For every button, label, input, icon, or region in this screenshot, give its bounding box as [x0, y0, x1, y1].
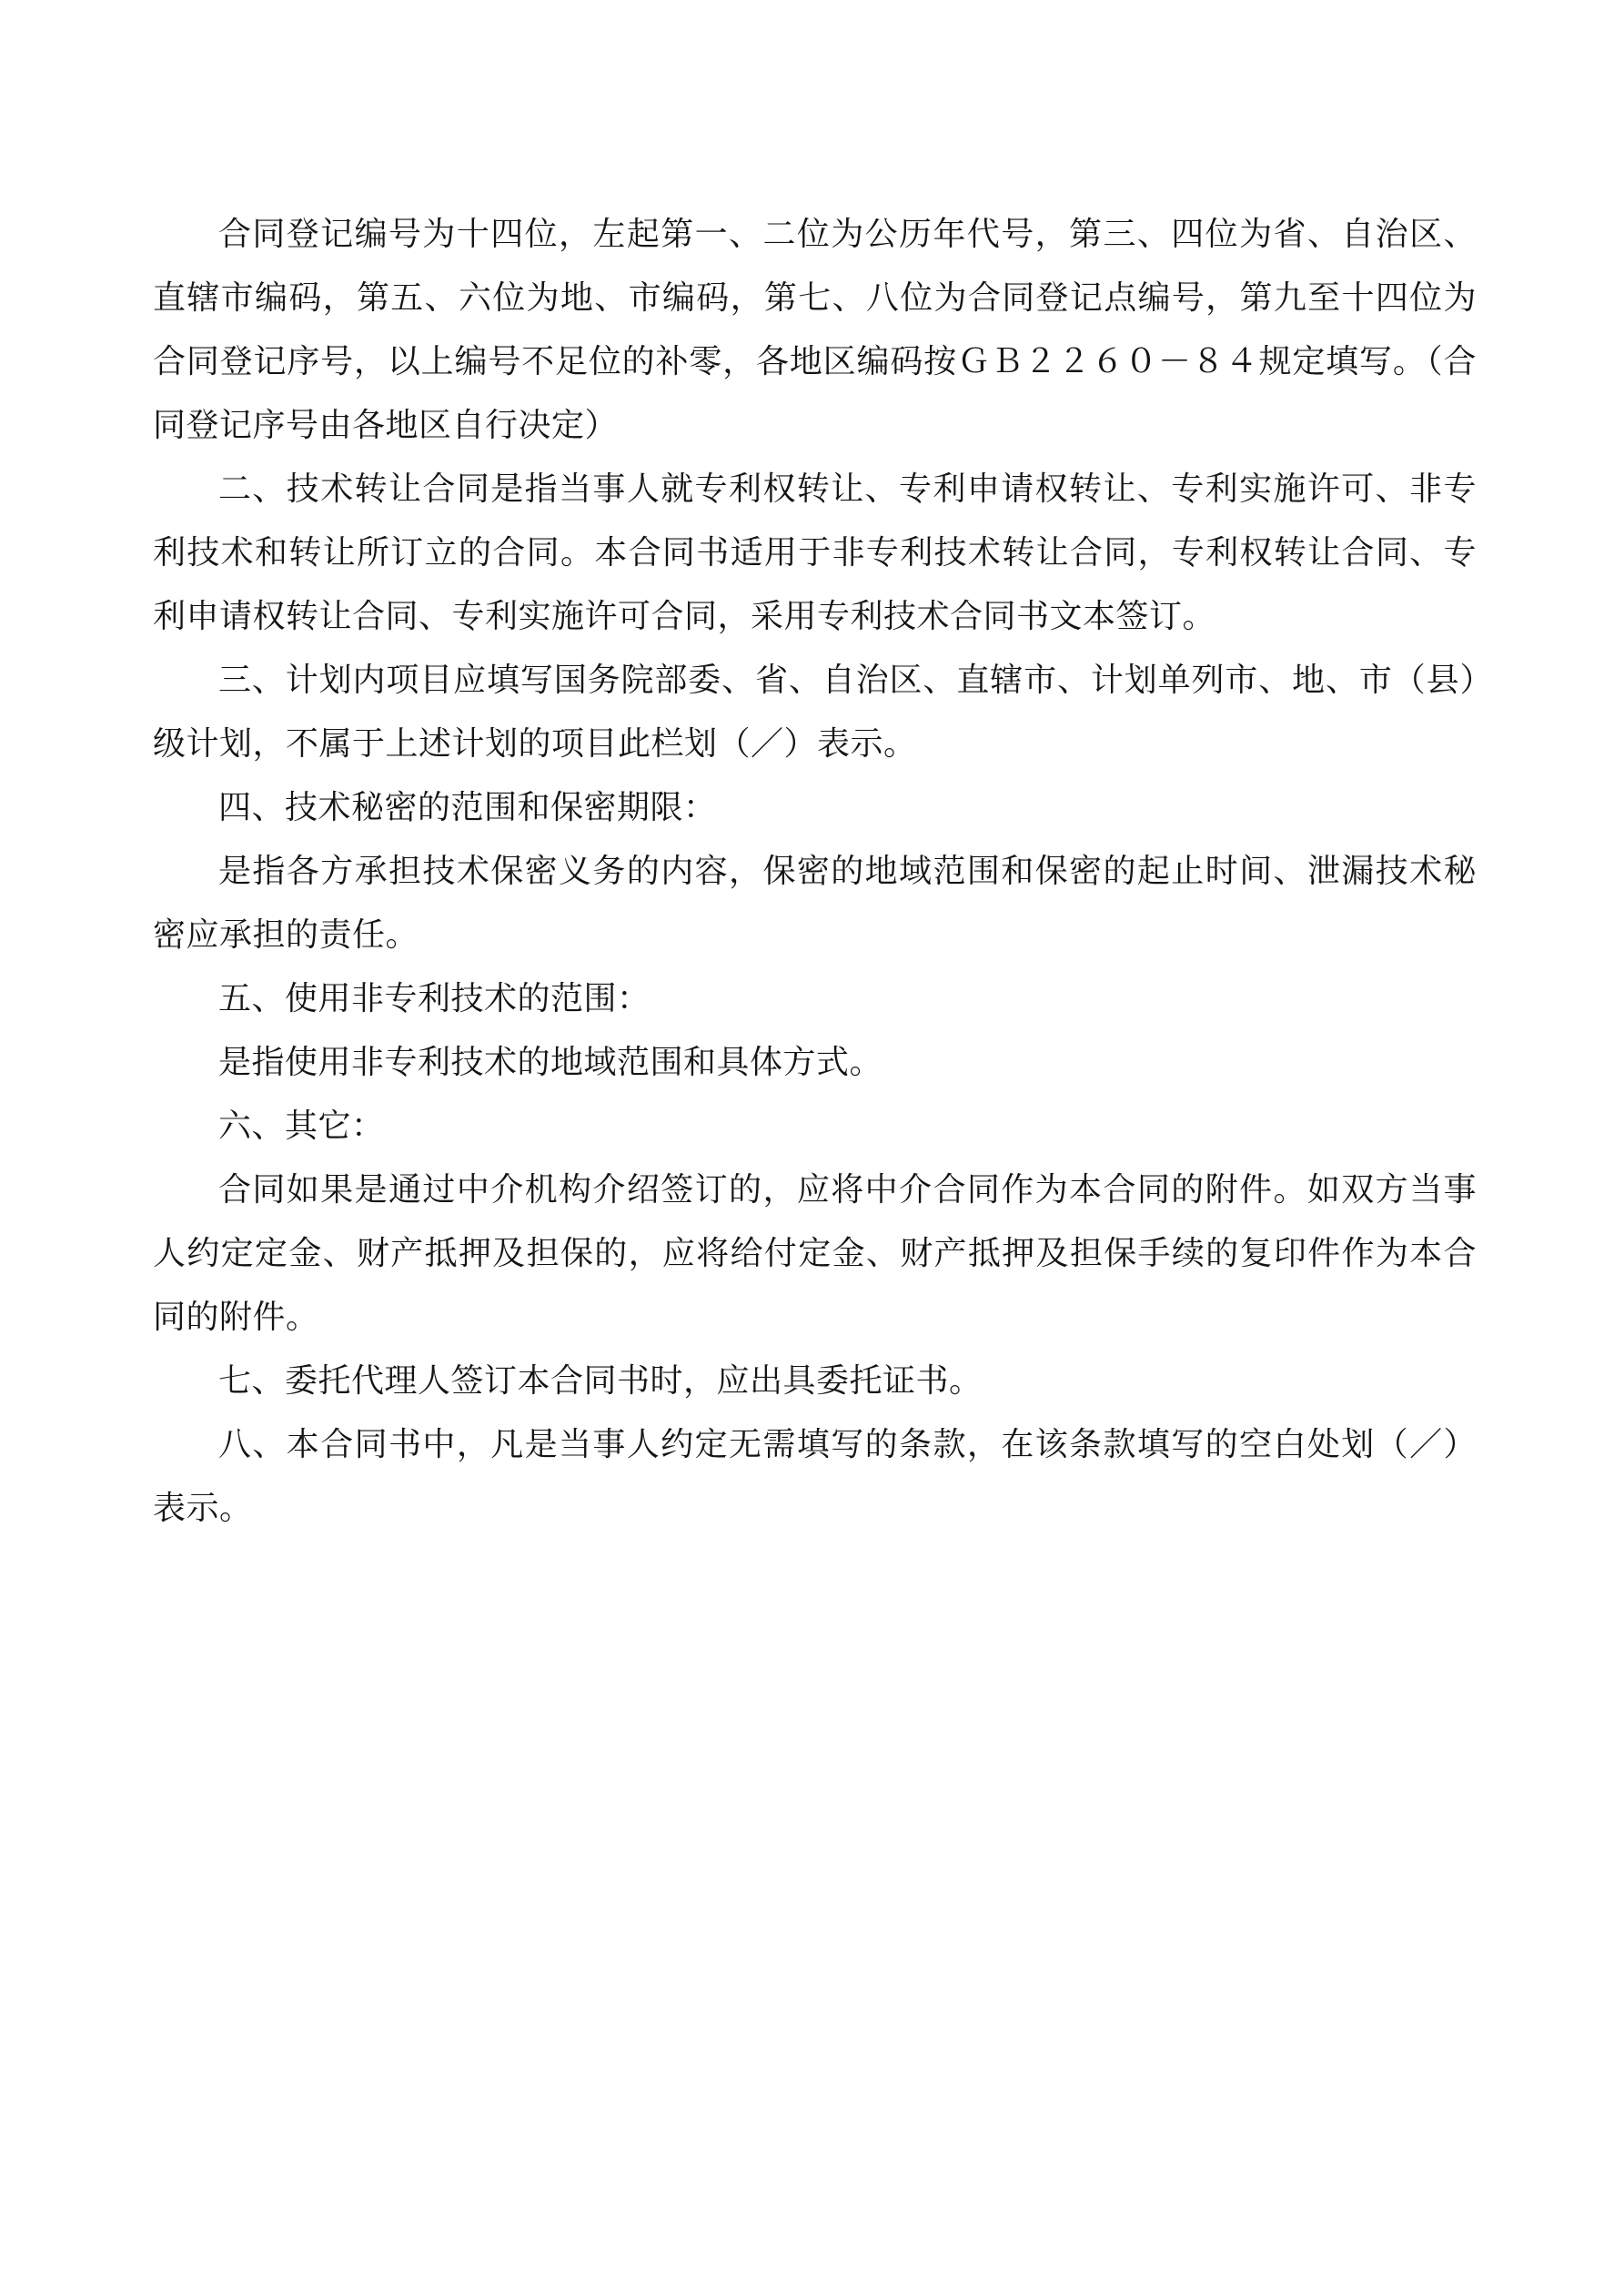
paragraph-item-2: 二、技术转让合同是指当事人就专利权转让、专利申请权转让、专利实施许可、非专利技术…: [153, 457, 1477, 648]
paragraph-registration-number: 合同登记编号为十四位，左起第一、二位为公历年代号，第三、四位为省、自治区、直辖市…: [153, 202, 1477, 457]
paragraph-item-3: 三、计划内项目应填写国务院部委、省、自治区、直辖市、计划单列市、地、市（县）级计…: [153, 648, 1477, 775]
paragraph-item-7: 七、委托代理人签订本合同书时，应出具委托证书。: [153, 1349, 1477, 1412]
paragraph-item-8: 八、本合同书中，凡是当事人约定无需填写的条款，在该条款填写的空白处划（／）表示。: [153, 1412, 1477, 1540]
paragraph-item-5-heading: 五、使用非专利技术的范围：: [153, 966, 1477, 1030]
document-body: 合同登记编号为十四位，左起第一、二位为公历年代号，第三、四位为省、自治区、直辖市…: [153, 202, 1477, 1540]
paragraph-item-5-body: 是指使用非专利技术的地域范围和具体方式。: [153, 1030, 1477, 1094]
paragraph-item-6-body: 合同如果是通过中介机构介绍签订的，应将中介合同作为本合同的附件。如双方当事人约定…: [153, 1158, 1477, 1349]
document-page: 合同登记编号为十四位，左起第一、二位为公历年代号，第三、四位为省、自治区、直辖市…: [0, 0, 1624, 2296]
paragraph-item-4-body: 是指各方承担技术保密义务的内容，保密的地域范围和保密的起止时间、泄漏技术秘密应承…: [153, 839, 1477, 966]
paragraph-item-6-heading: 六、其它：: [153, 1094, 1477, 1158]
paragraph-item-4-heading: 四、技术秘密的范围和保密期限：: [153, 775, 1477, 839]
